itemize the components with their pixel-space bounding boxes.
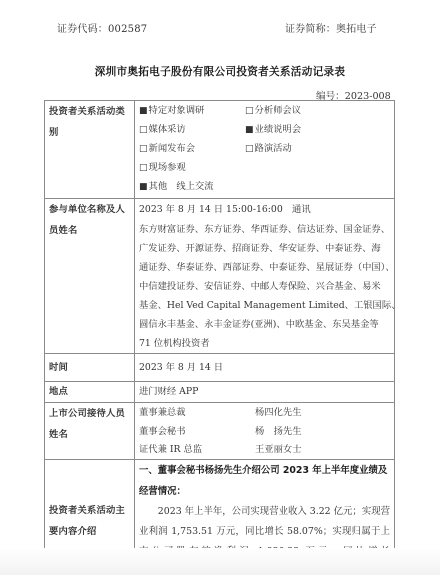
checkbox-unchecked-icon: □: [139, 125, 148, 135]
checkbox-checked-icon: ■: [139, 106, 148, 116]
option-special-research[interactable]: ■特定对象调研: [139, 101, 245, 120]
label-line: 投资者关系活动主: [49, 500, 130, 521]
label-line: 上市公司接待人员: [49, 403, 130, 424]
participants-line: 中信建投证券、安信证券、中邮人寿保险、兴合基金、易米: [139, 277, 390, 296]
option-label: 分析师会议: [255, 105, 302, 116]
receptionist-name: 杨四化先生: [255, 403, 302, 422]
receptionist-name: 杨 扬先生: [255, 422, 302, 441]
participants-line: 广发证券、开源证券、招商证券、华安证券、中泰证券、海: [139, 239, 390, 258]
receptionist-name: 王亚丽女士: [255, 441, 302, 458]
option-row: ■其他 线上交流: [139, 177, 390, 196]
option-row: □新闻发布会 □路演活动: [139, 139, 390, 158]
content-heading: 经营情况：: [139, 481, 390, 502]
label-participants: 参与单位名称及人 员姓名: [45, 199, 135, 354]
checkbox-checked-icon: ■: [139, 182, 148, 192]
receptionist-row: 董事会秘书 杨 扬先生: [139, 422, 390, 441]
receptionist-row: 董事兼总裁 杨四化先生: [139, 403, 390, 422]
checkbox-unchecked-icon: □: [245, 144, 254, 154]
participants-line: 基金、Hel Ved Capital Management Limited、工银…: [139, 296, 390, 315]
participants-datetime: 2023 年 8 月 14 日 15:00-16:00 通讯: [139, 199, 390, 220]
option-row: □现场参观: [139, 158, 390, 177]
option-label: 媒体采访: [149, 124, 186, 135]
row-activity-type: 投资者关系活动类 别 ■特定对象调研 □分析师会议 □媒体采访 ■业绩说明会 □…: [45, 101, 395, 199]
row-location: 地点 进门财经 APP: [45, 382, 395, 403]
label-line: 地点: [49, 382, 130, 402]
option-press-conference[interactable]: □新闻发布会: [139, 139, 245, 158]
stock-code: 证券代码：002587: [57, 20, 147, 35]
receptionist-title: 证代兼 IR 总监: [139, 441, 255, 458]
option-label: 路演活动: [255, 143, 292, 154]
participants-line: 东方财富证券、东方证券、华西证券、信达证券、国金证券、: [139, 220, 390, 239]
label-line: 姓名: [49, 424, 130, 445]
label-time: 时间: [45, 354, 135, 382]
label-line: 员姓名: [49, 220, 130, 241]
checkbox-unchecked-icon: □: [245, 106, 254, 116]
label-activity-type: 投资者关系活动类 别: [45, 101, 135, 199]
time-value: 2023 年 8 月 14 日: [139, 354, 390, 381]
option-roadshow[interactable]: □路演活动: [245, 139, 292, 158]
receptionist-title: 董事会秘书: [139, 422, 255, 441]
participants-line: 圆信永丰基金、永丰金证券(亚洲)、中欧基金、东吴基金等: [139, 315, 390, 334]
option-label: 其他 线上交流: [149, 181, 214, 192]
option-label: 新闻发布会: [149, 143, 196, 154]
receptionist-title: 董事兼总裁: [139, 403, 255, 422]
label-line: 别: [49, 122, 130, 143]
label-line: 投资者关系活动类: [49, 101, 130, 122]
option-media-interview[interactable]: □媒体采访: [139, 120, 245, 139]
investor-relations-record-table: 投资者关系活动类 别 ■特定对象调研 □分析师会议 □媒体采访 ■业绩说明会 □…: [44, 100, 395, 575]
time-value-cell: 2023 年 8 月 14 日: [135, 354, 395, 382]
label-receptionists: 上市公司接待人员 姓名: [45, 403, 135, 460]
option-other[interactable]: ■其他 线上交流: [139, 181, 214, 192]
label-line: 要内容介绍: [49, 521, 130, 542]
location-value-cell: 进门财经 APP: [135, 382, 395, 403]
option-row: □媒体采访 ■业绩说明会: [139, 120, 390, 139]
receptionist-row: 证代兼 IR 总监 王亚丽女士: [139, 441, 390, 458]
option-label: 现场参观: [149, 162, 186, 173]
label-line: 参与单位名称及人: [49, 199, 130, 220]
label-location: 地点: [45, 382, 135, 403]
participants-content: 2023 年 8 月 14 日 15:00-16:00 通讯 东方财富证券、东方…: [135, 199, 395, 354]
checkbox-unchecked-icon: □: [139, 144, 148, 154]
row-participants: 参与单位名称及人 员姓名 2023 年 8 月 14 日 15:00-16:00…: [45, 199, 395, 354]
activity-type-options: ■特定对象调研 □分析师会议 □媒体采访 ■业绩说明会 □新闻发布会 □路演活动…: [135, 101, 395, 199]
participants-line: 71 位机构投资者: [139, 334, 390, 353]
location-value: 进门财经 APP: [139, 382, 390, 402]
checkbox-unchecked-icon: □: [139, 163, 148, 173]
option-site-visit[interactable]: □现场参观: [139, 162, 186, 173]
option-row: ■特定对象调研 □分析师会议: [139, 101, 390, 120]
row-receptionists: 上市公司接待人员 姓名 董事兼总裁 杨四化先生 董事会秘书 杨 扬先生 证代兼 …: [45, 403, 395, 460]
document-page: 证券代码：002587 证券简称：奥拓电子 深圳市奥拓电子股份有限公司投资者关系…: [0, 0, 440, 575]
option-label: 业绩说明会: [255, 124, 302, 135]
document-title: 深圳市奥拓电子股份有限公司投资者关系活动记录表: [0, 64, 440, 79]
option-earnings-briefing[interactable]: ■业绩说明会: [245, 120, 301, 139]
receptionists-content: 董事兼总裁 杨四化先生 董事会秘书 杨 扬先生 证代兼 IR 总监 王亚丽女士: [135, 403, 395, 460]
page-bottom-shadow: [0, 548, 440, 575]
checkbox-checked-icon: ■: [245, 125, 254, 135]
option-analyst-meeting[interactable]: □分析师会议: [245, 101, 301, 120]
content-heading: 一、董事会秘书杨扬先生介绍公司 2023 年上半年度业绩及: [139, 460, 390, 481]
option-label: 特定对象调研: [149, 105, 205, 116]
participants-line: 通证券、华泰证券、西部证券、中泰证券、星展证券（中国）、: [139, 258, 390, 277]
label-line: 时间: [49, 354, 130, 381]
row-time: 时间 2023 年 8 月 14 日: [45, 354, 395, 382]
stock-abbreviation: 证券简称：奥拓电子: [285, 20, 377, 35]
